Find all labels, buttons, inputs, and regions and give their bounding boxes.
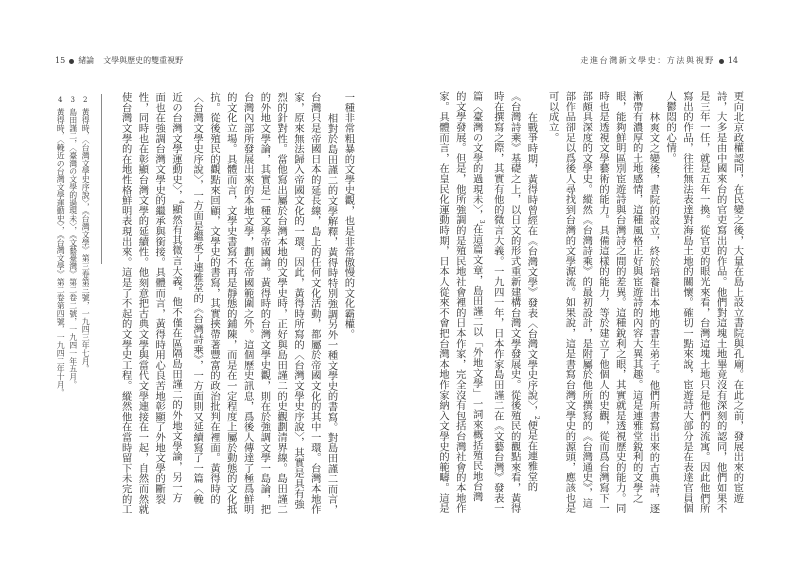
text-column: 家，原來無法歸入帝國文化的一環。因此，黃得時所寫的〈台灣文學史序說〉，其實是具有… [289,92,306,508]
text-column: 的外地文學論，其實是一種文學帝國論。黃得時的台灣文學史觀，則在於強調文學一島論，… [256,92,273,508]
text-column: 是三年一任，就是五年一換。從官吏的眼光來看，台灣這塊土地只是他們的流寓。因此他們… [695,91,712,507]
text-column: 使台灣文學的在地性格鮮明表現出來。這是了不起的文學史工程。縱然他在當時留下未完的… [117,92,134,508]
text-column: 家。具體而言，在皇民化運動時期，日本人從來不會把台灣本地作家納入文學史的範疇。這… [434,91,451,507]
footnote: 3島田謹二，〈臺灣の文學的過現未〉，《文藝臺灣》第二卷二號，一九四一年五月。 [66,96,79,396]
footnote-number: 2 [81,96,89,104]
page-number: 14 [728,56,738,66]
footnote-number: 4 [56,96,64,104]
text-column: 時在撰寫之際，其實有他的微言大義。一九四一年，日本作家島田謹二在《文藝台灣》發表… [489,91,506,507]
text-column: 烈的針對性。當他寫出屬於台灣本地的文學史時，正好與島田謹二的史觀劃清界線。島田謹… [272,92,289,508]
text-column: 台灣內部所發展出來的本地文學，劃在帝國範圍之外。這個歷史訊息，爲後人傳達了極爲鮮… [239,92,256,508]
footnote-number: 3 [69,96,77,104]
text-segment: 在戰爭時期，黃得時曾經在《台灣文學》發表〈台灣文學史序說〉， [525,112,537,416]
running-header-left: 15 緒論 文學與歷史的雙重視野 [55,56,183,66]
footnote-separator [101,94,102,264]
footnote-text: 島田謹二，〈臺灣の文學的過現未〉，《文藝臺灣》第二卷二號，一九四一年五月。 [69,108,78,388]
text-column: 〈台灣文學史序說〉，一方面是繼承了連雅堂的《台灣詩乘》，一方面則又延續寫了一篇〈… [188,92,205,508]
book-title: 走進台灣新文學史：方法與視野 [580,56,714,66]
footnote: 4黃得時，〈輓近の台灣文學運動史〉，《台灣文學》第二卷第四號，一九四二年十月。 [54,96,67,396]
footnote: 2黃得時，〈台灣文學史序說〉，《台灣文學》第三卷第三號，一九四三年七月。 [79,96,92,396]
footnotes: 2黃得時，〈台灣文學史序說〉，《台灣文學》第三卷第三號，一九四三年七月。 3島田… [54,96,92,396]
text-column: 篇〈臺灣の文學的過現未〉，3在這篇文章，島田謹二以「外地文學」一詞來概括殖民地台… [468,91,489,507]
text-column: 的文學發展。但是，他所強調的是殖民地社會裡的日本作家，完全沒有包括台灣社會的本地… [451,91,468,507]
text-column: 在戰爭時期，黃得時曾經在《台灣文學》發表〈台灣文學史序說〉，2便是在連雅堂的 [523,91,544,507]
text-column: 林爽文之變後，書院的設立，終於培養出本地的書生弟子。他們所書寫出來的古典詩，逐 [645,91,662,507]
text-segment: 在這篇文章，島田謹二以「外地文學」一詞來概括殖民地台灣 [471,224,483,502]
text-column: 的文化立場。具體而言，文學史書寫不再是靜態的鋪陳，而是在一定程度上屬於動態的文化… [222,92,239,508]
bullet-icon [719,59,724,64]
text-column: 《台灣詩乘》基礎之上，以日文的形式重新建構台灣文學發展史。從後殖民的觀點來看，黃… [506,91,523,507]
text-column: 抗。從後殖民的觀點來回顧，文學史的書寫，其實挾帶著豐富的政治批判在裡面。黃得時的 [205,92,222,508]
text-column: 時也是透視文學藝術的能力。具備這樣的能力，等於建立了他個人的史觀，從而爲台灣寫下… [594,91,611,507]
text-segment: 篇〈臺灣の文學的過現未〉， [471,91,483,220]
left-page: 15 緒論 文學與歷史的雙重視野 一種非常粗暴的文學史觀，也是非常傲慢的文化霸權… [0,0,400,572]
left-page-body: 一種非常粗暴的文學史觀，也是非常傲慢的文化霸權。 相對於島田謹二的文學解釋，黃得… [121,92,356,508]
right-page-body: 更向北京政權認同，在民變之後，大量在島上設立書院與孔廟。在此之前，發展出來的宦遊… [443,91,745,507]
text-column: 人鬱悶的心情。 [661,91,678,507]
text-column: 台灣只是帝國日本的延長線，島上的任何文化活動，都屬於帝國文化的其中一環。台灣本地… [306,92,323,508]
text-segment: 顯然有其微言大義。他不僅在區隔島田謹二的外地文學論，另一方 [170,204,182,503]
page-number: 15 [55,56,65,66]
text-column: 可以成立。 [544,91,561,507]
text-column: 詩，大多是由中國來台的官吏寫出的作品。他們對這塊土地畢竟沒有深刻的認同，他們如果… [712,91,729,507]
text-column: 相對於島田謹二的文學解釋，黃得時特別強調另外一種文學史的書寫。對島田謹二而言， [323,92,340,508]
text-column: 更向北京政權認同，在民變之後，大量在島上設立書院與孔廟。在此之前，發展出來的宦遊 [729,91,746,507]
chapter-title: 文學與歷史的雙重視野 [103,56,183,66]
text-segment: 便是在連雅堂的 [525,419,537,491]
text-column: 漸帶有濃厚的土地感情，這種風格正好與宦遊詩的內容大異其趣。這是連雅堂銳利的文學之 [628,91,645,507]
running-header-right: 走進台灣新文學史：方法與視野 14 [580,56,738,66]
text-column: 面也在強調台灣文學史的繼承與銜接。具體而言，黃得時用心良苦地彰顯了外地文學的斷裂 [150,92,167,508]
text-column: 近の台灣文學運動史〉，4顯然有其微言大義。他不僅在區隔島田謹二的外地文學論，另一… [167,92,188,508]
section-label: 緒論 [78,56,94,66]
text-column: 部頗具深度的文學史。縱然《台灣詩乘》的最初設計，是附屬於他所撰寫的《台灣通史》，… [577,91,594,507]
footnote-text: 黃得時，〈輓近の台灣文學運動史〉，《台灣文學》第二卷第四號，一九四二年十月。 [56,108,65,396]
footnote-text: 黃得時，〈台灣文學史序說〉，《台灣文學》第三卷第三號，一九四三年七月。 [81,108,90,373]
text-column: 一種非常粗暴的文學史觀，也是非常傲慢的文化霸權。 [340,92,357,508]
text-column: 眼，能夠鮮明區別宦遊詩與台灣詩之間的差異。這種銳利之眼，其實就是透視歷史的能力。… [611,91,628,507]
text-segment: 近の台灣文學運動史〉， [170,92,182,200]
bullet-icon [69,59,74,64]
text-column: 性，同時也在彰顯台灣文學的延續性。他刻意把古典文學與當代文學連接在一起，自然而然… [134,92,151,508]
text-column: 部作品卻足以爲後人尋找到台灣的文學源流。如果說，這是書寫台灣文學史的源頭，應該也… [561,91,578,507]
text-column: 寫出的作品，往往無法表達對海島土地的關懷。確切一點來說，宦遊詩大部分是在表達官員… [678,91,695,507]
